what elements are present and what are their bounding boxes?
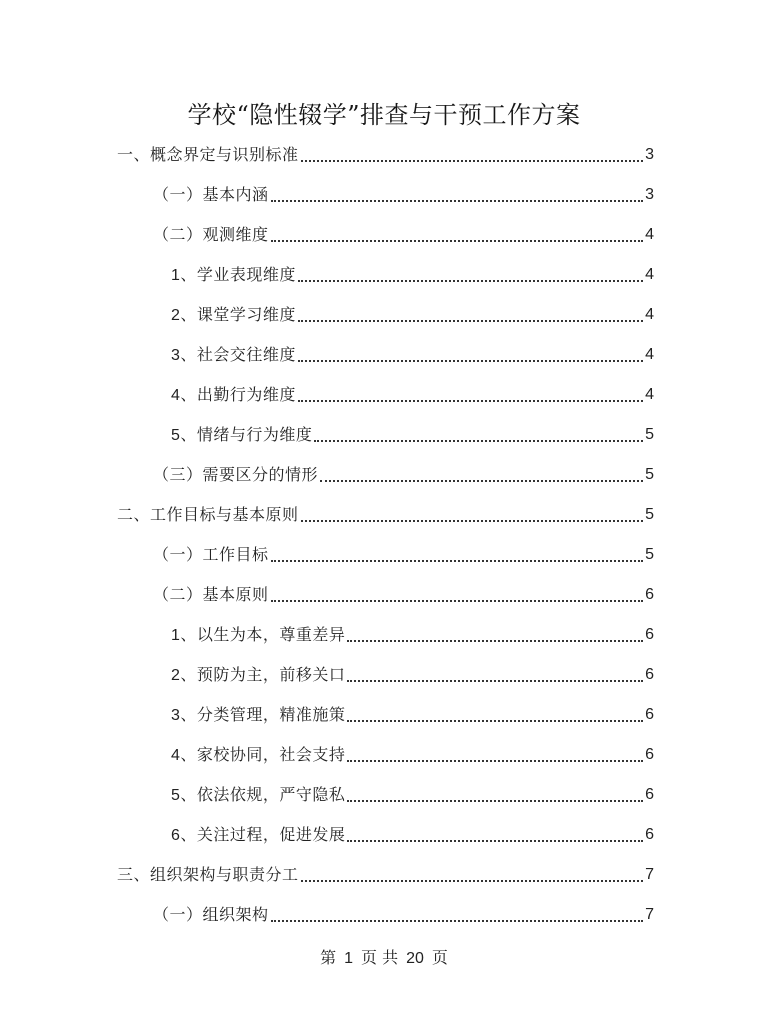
toc-entry-label: 2、课堂学习维度	[171, 296, 296, 335]
toc-page-number: 4	[645, 256, 654, 294]
dot-leader	[347, 696, 643, 734]
toc-page-number: 6	[645, 816, 654, 854]
toc-entry-label: 3、分类管理，精准施策	[171, 696, 345, 735]
toc-entry[interactable]: 6、关注过程，促进发展 6	[171, 816, 654, 854]
toc-page-number: 7	[645, 896, 654, 934]
current-page-number: 1	[344, 950, 353, 967]
toc-entry[interactable]: 4、出勤行为维度 4	[171, 376, 654, 414]
toc-page-number: 4	[645, 296, 654, 334]
toc-entry-label: （二）观测维度	[153, 216, 269, 254]
toc-entry[interactable]: 二、工作目标与基本原则 5	[117, 496, 654, 534]
footer-middle: 页 共	[361, 948, 398, 967]
dot-leader	[271, 576, 643, 614]
toc-entry-label: （一）工作目标	[153, 536, 269, 574]
toc-entry[interactable]: 2、课堂学习维度 4	[171, 296, 654, 334]
toc-entry-label: （一）组织架构	[153, 896, 269, 934]
toc-page-number: 5	[645, 456, 654, 494]
dot-leader	[271, 176, 643, 214]
dot-leader	[271, 216, 643, 254]
toc-page-number: 6	[645, 696, 654, 734]
toc-page-number: 5	[645, 496, 654, 534]
toc-entry[interactable]: 1、学业表现维度 4	[171, 256, 654, 294]
toc-page-number: 6	[645, 736, 654, 774]
toc-page-number: 6	[645, 576, 654, 614]
toc-entry[interactable]: 2、预防为主，前移关口 6	[171, 656, 654, 694]
toc-entry-label: （二）基本原则	[153, 576, 269, 614]
toc-entry[interactable]: 三、组织架构与职责分工 7	[117, 856, 654, 894]
document-page: 学校“隐性辍学”排查与干预工作方案 一、概念界定与识别标准 3 （一）基本内涵 …	[0, 0, 768, 1024]
dot-leader	[314, 416, 643, 454]
toc-page-number: 3	[645, 176, 654, 214]
toc-entry[interactable]: 5、依法依规，严守隐私 6	[171, 776, 654, 814]
dot-leader	[347, 816, 643, 854]
dot-leader	[347, 656, 643, 694]
toc-page-number: 3	[645, 136, 654, 174]
toc-entry-label: 1、以生为本，尊重差异	[171, 616, 345, 655]
dot-leader	[271, 536, 643, 574]
toc-entry[interactable]: （二）基本原则 6	[153, 576, 654, 614]
toc-entry[interactable]: 3、分类管理，精准施策 6	[171, 696, 654, 734]
toc-entry[interactable]: （三）需要区分的情形 5	[153, 456, 654, 494]
toc-entry[interactable]: （二）观测维度 4	[153, 216, 654, 254]
toc-entry-label: 4、家校协同，社会支持	[171, 736, 345, 775]
toc-entry-label: 3、社会交往维度	[171, 336, 296, 375]
toc-entry-label: 1、学业表现维度	[171, 256, 296, 295]
toc-entry-label: 二、工作目标与基本原则	[117, 496, 299, 534]
toc-entry-label: （一）基本内涵	[153, 176, 269, 214]
toc-page-number: 4	[645, 336, 654, 374]
dot-leader	[320, 456, 643, 494]
toc-page-number: 5	[645, 416, 654, 454]
total-page-count: 20	[406, 950, 424, 967]
toc-entry[interactable]: （一）工作目标 5	[153, 536, 654, 574]
toc-entry[interactable]: 3、社会交往维度 4	[171, 336, 654, 374]
toc-entry-label: 5、情绪与行为维度	[171, 416, 312, 455]
dot-leader	[298, 376, 643, 414]
footer-prefix: 第	[320, 948, 336, 967]
toc-entry-label: （三）需要区分的情形	[153, 456, 318, 494]
page-footer: 第1页 共20页	[0, 946, 768, 971]
toc-entry-label: 4、出勤行为维度	[171, 376, 296, 415]
toc-entry-label: 6、关注过程，促进发展	[171, 816, 345, 855]
dot-leader	[301, 856, 643, 894]
dot-leader	[347, 616, 643, 654]
dot-leader	[347, 736, 643, 774]
dot-leader	[301, 496, 643, 534]
dot-leader	[298, 296, 643, 334]
toc-page-number: 4	[645, 376, 654, 414]
toc-entry[interactable]: （一）组织架构 7	[153, 896, 654, 934]
toc-page-number: 5	[645, 536, 654, 574]
toc-page-number: 4	[645, 216, 654, 254]
toc-entry[interactable]: 一、概念界定与识别标准 3	[117, 136, 654, 174]
toc-entry[interactable]: 4、家校协同，社会支持 6	[171, 736, 654, 774]
toc-entry-label: 5、依法依规，严守隐私	[171, 776, 345, 815]
toc-entry-label: 2、预防为主，前移关口	[171, 656, 345, 695]
toc-page-number: 6	[645, 776, 654, 814]
dot-leader	[298, 256, 643, 294]
dot-leader	[301, 136, 643, 174]
toc-entry[interactable]: （一）基本内涵 3	[153, 176, 654, 214]
toc-page-number: 6	[645, 616, 654, 654]
document-title: 学校“隐性辍学”排查与干预工作方案	[0, 97, 768, 133]
toc-page-number: 6	[645, 656, 654, 694]
dot-leader	[347, 776, 643, 814]
dot-leader	[271, 896, 643, 934]
toc-entry[interactable]: 5、情绪与行为维度 5	[171, 416, 654, 454]
toc-page-number: 7	[645, 856, 654, 894]
toc-entry[interactable]: 1、以生为本，尊重差异 6	[171, 616, 654, 654]
toc-entry-label: 一、概念界定与识别标准	[117, 136, 299, 174]
footer-suffix: 页	[432, 948, 448, 967]
toc-entry-label: 三、组织架构与职责分工	[117, 856, 299, 894]
dot-leader	[298, 336, 643, 374]
